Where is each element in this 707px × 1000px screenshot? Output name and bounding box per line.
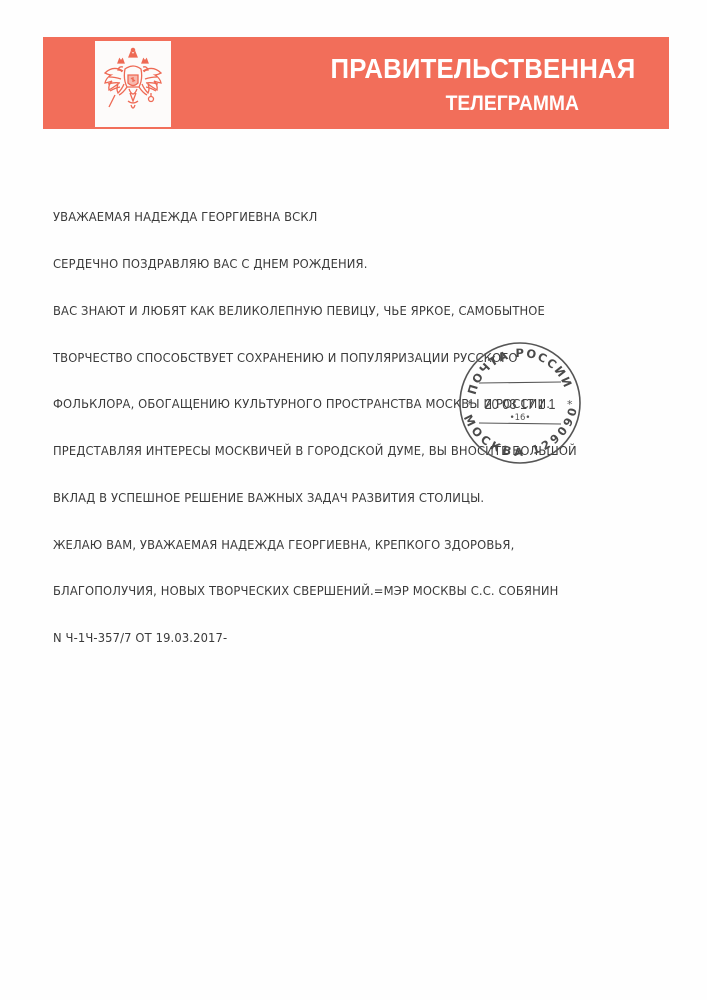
- message-line: СЕРДЕЧНО ПОЗДРАВЛЯЮ ВАС С ДНЕМ РОЖДЕНИЯ.: [53, 256, 577, 272]
- telegram-header-banner: ПРАВИТЕЛЬСТВЕННАЯ ТЕЛЕГРАММА: [43, 37, 669, 129]
- coat-of-arms-icon: [101, 47, 165, 121]
- svg-text:ПОЧТА РОССИИ: ПОЧТА РОССИИ: [465, 346, 576, 396]
- message-line: УВАЖАЕМАЯ НАДЕЖДА ГЕОРГИЕВНА ВСКЛ: [53, 209, 577, 225]
- header-title: ПРАВИТЕЛЬСТВЕННАЯ: [330, 53, 635, 85]
- stamp-top-text: ПОЧТА РОССИИ: [465, 346, 576, 396]
- postmark-stamp: ПОЧТА РОССИИ МОСКВА 129090 * * 20 03 17 …: [455, 338, 585, 468]
- stamp-date: 20 03 17 1 1: [485, 395, 556, 412]
- emblem-box: [95, 41, 171, 127]
- stamp-office-number: •16•: [510, 413, 531, 423]
- stamp-star-right: *: [567, 398, 573, 411]
- header-subtitle: ТЕЛЕГРАММА: [446, 92, 579, 116]
- stamp-star-left: *: [467, 398, 473, 411]
- message-line: БЛАГОПОЛУЧИЯ, НОВЫХ ТВОРЧЕСКИХ СВЕРШЕНИЙ…: [53, 583, 577, 599]
- message-line: ВАС ЗНАЮТ И ЛЮБЯТ КАК ВЕЛИКОЛЕПНУЮ ПЕВИЦ…: [53, 303, 577, 319]
- message-line: ВКЛАД В УСПЕШНОЕ РЕШЕНИЕ ВАЖНЫХ ЗАДАЧ РА…: [53, 490, 577, 506]
- message-line: N Ч-1Ч-357/7 ОТ 19.03.2017-: [53, 630, 577, 646]
- message-line: ЖЕЛАЮ ВАМ, УВАЖАЕМАЯ НАДЕЖДА ГЕОРГИЕВНА,…: [53, 537, 577, 553]
